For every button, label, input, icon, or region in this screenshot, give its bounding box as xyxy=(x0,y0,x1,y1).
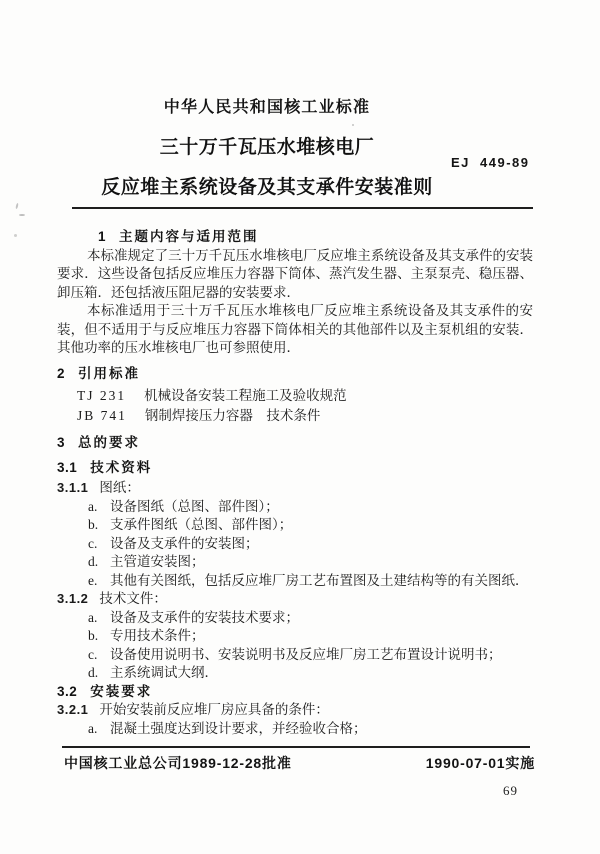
item-label: d. xyxy=(88,553,110,572)
reference-code: JB 741 xyxy=(77,408,127,423)
clause-3-1-title: 技术资料 xyxy=(90,460,152,475)
clause-3-1-1-number: 3.1.1 xyxy=(57,479,88,498)
item-text: 专用技术条件； xyxy=(110,627,533,646)
list-item: c.设备使用说明书、安装说明书及反应堆厂房工艺布置设计说明书； xyxy=(88,646,533,665)
clause-3-2-heading: 3.2安装要求 xyxy=(57,683,533,702)
item-text: 设备图纸（总图、部件图）； xyxy=(110,498,533,517)
list-item: a.设备及支承件的安装技术要求； xyxy=(88,609,533,628)
footer-rule xyxy=(62,746,530,748)
clause-2-number: 2 xyxy=(57,366,65,381)
document-body: 1主题内容与适用范围 本标准规定了三十万千瓦压水堆核电厂反应堆主系统设备及其支承… xyxy=(57,228,533,738)
clause-1-paragraph-1: 本标准规定了三十万千瓦压水堆核电厂反应堆主系统设备及其支承件的安装要求．这些设备… xyxy=(57,247,533,303)
item-text: 支承件图纸（总图、部件图）； xyxy=(110,516,533,535)
list-item: e.其他有关图纸，包括反应堆厂房工艺布置图及土建结构等的有关图纸． xyxy=(88,572,533,591)
reference-title: 机械设备安装工程施工及验收规范 xyxy=(144,388,347,403)
item-label: b. xyxy=(88,627,110,646)
clause-1-title: 主题内容与适用范围 xyxy=(119,229,259,244)
list-item: a.混凝土强度达到设计要求，并经验收合格； xyxy=(88,720,533,739)
footer: 中国核工业总公司1989-12-28批准 1990-07-01实施 xyxy=(64,753,535,773)
document-page: 中华人民共和国核工业标准 三十万千瓦压水堆核电厂 EJ 449-89 反应堆主系… xyxy=(0,0,600,854)
clause-3-heading: 3总的要求 xyxy=(57,434,533,453)
item-text: 混凝土强度达到设计要求，并经验收合格； xyxy=(110,720,533,739)
clause-1-number: 1 xyxy=(98,229,106,244)
approval-note: 中国核工业总公司1989-12-28批准 xyxy=(64,753,292,773)
clause-2-heading: 2引用标准 xyxy=(57,365,533,384)
list-item: d.主系统调试大纲． xyxy=(88,664,533,683)
standard-code: EJ 449-89 xyxy=(451,155,530,170)
clause-1-heading: 1主题内容与适用范围 xyxy=(98,228,533,247)
item-text: 设备及支承件的安装技术要求； xyxy=(110,609,533,628)
reference-code: TJ 231 xyxy=(77,388,126,403)
clause-3-title: 总的要求 xyxy=(78,435,140,450)
scan-speck xyxy=(14,234,17,237)
item-text: 主管道安装图； xyxy=(110,553,533,572)
item-label: a. xyxy=(88,609,110,628)
item-text: 设备使用说明书、安装说明书及反应堆厂房工艺布置设计说明书； xyxy=(110,646,533,665)
item-label: c. xyxy=(88,646,110,665)
item-label: a. xyxy=(88,720,110,739)
reference-title: 钢制焊接压力容器 技术条件 xyxy=(145,408,321,423)
header-rule xyxy=(72,207,533,209)
clause-3-2-1-lead: 3.2.1开始安装前反应堆厂房应具备的条件： xyxy=(57,701,533,720)
clause-3-1-2-text: 技术文件： xyxy=(99,590,167,609)
list-item: b.专用技术条件； xyxy=(88,627,533,646)
implementation-note: 1990-07-01实施 xyxy=(426,753,535,773)
reference-item: TJ 231机械设备安装工程施工及验收规范 xyxy=(77,386,533,406)
clause-2-title: 引用标准 xyxy=(78,366,140,381)
clause-3-2-number: 3.2 xyxy=(57,684,77,699)
scan-speck xyxy=(352,124,354,126)
scan-speck xyxy=(15,203,18,209)
clause-3-1-number: 3.1 xyxy=(57,460,77,475)
scan-speck xyxy=(19,214,25,216)
clause-3-1-2-lead: 3.1.2技术文件： xyxy=(57,590,533,609)
list-item: c.设备及支承件的安装图； xyxy=(88,535,533,554)
clause-3-1-heading: 3.1技术资料 xyxy=(57,459,533,478)
clause-3-2-title: 安装要求 xyxy=(90,684,152,699)
clause-3-2-1-text: 开始安装前反应堆厂房应具备的条件： xyxy=(99,701,329,720)
item-label: b. xyxy=(88,516,110,535)
page-number: 69 xyxy=(503,783,518,799)
reference-item: JB 741钢制焊接压力容器 技术条件 xyxy=(77,406,533,426)
standard-title-line2: 反应堆主系统设备及其支承件安装准则 xyxy=(36,172,498,199)
standard-title-line1: 三十万千瓦压水堆核电厂 xyxy=(57,132,477,159)
clause-1-paragraph-2: 本标准适用于三十万千瓦压水堆核电厂反应堆主系统设备及其支承件的安装，但不适用于与… xyxy=(57,302,533,358)
item-label: d. xyxy=(88,664,110,683)
list-item: a.设备图纸（总图、部件图）； xyxy=(88,498,533,517)
list-item: d.主管道安装图； xyxy=(88,553,533,572)
item-text: 主系统调试大纲． xyxy=(110,664,533,683)
item-label: e. xyxy=(88,572,110,591)
clause-3-1-1-text: 图纸： xyxy=(99,479,140,498)
item-label: a. xyxy=(88,498,110,517)
clause-3-1-1-lead: 3.1.1图纸： xyxy=(57,479,533,498)
item-text: 设备及支承件的安装图； xyxy=(110,535,533,554)
clause-3-1-2-number: 3.1.2 xyxy=(57,590,88,609)
clause-3-2-1-number: 3.2.1 xyxy=(57,701,88,720)
reference-list: TJ 231机械设备安装工程施工及验收规范 JB 741钢制焊接压力容器 技术条… xyxy=(77,386,533,425)
item-text: 其他有关图纸，包括反应堆厂房工艺布置图及土建结构等的有关图纸． xyxy=(110,572,533,591)
standard-kind: 中华人民共和国核工业标准 xyxy=(57,94,477,117)
item-label: c. xyxy=(88,535,110,554)
clause-3-number: 3 xyxy=(57,435,65,450)
list-item: b.支承件图纸（总图、部件图）； xyxy=(88,516,533,535)
